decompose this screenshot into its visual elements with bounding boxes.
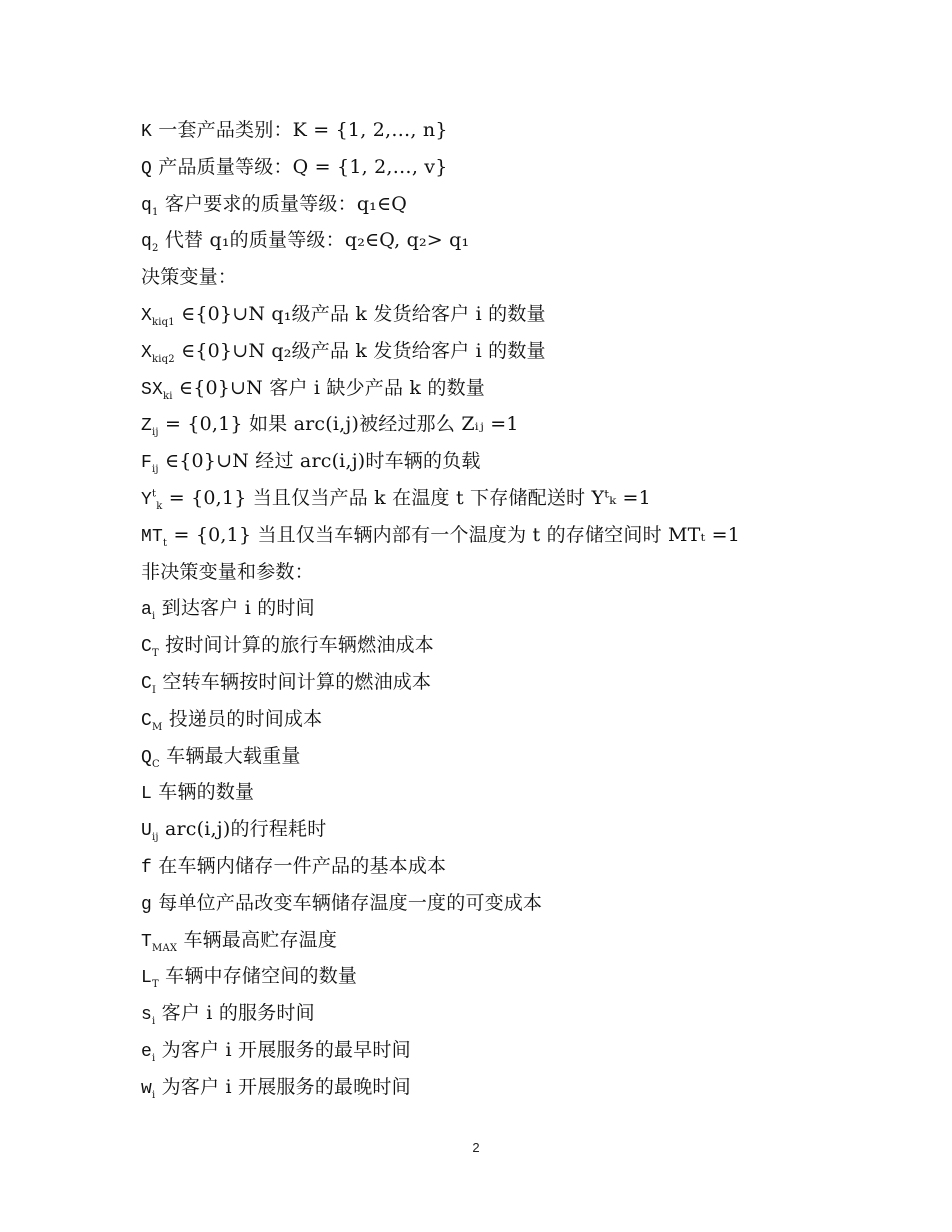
- symbol: Z: [141, 416, 152, 436]
- symbol: F: [141, 453, 152, 473]
- definition-text: 投递员的时间成本: [162, 708, 322, 730]
- definition-text: 产品质量等级：Q = {1, 2,…, v}: [152, 156, 448, 178]
- definition-text: 到达客户 i 的时间: [155, 597, 314, 619]
- definition-text: ∈{0}∪N q₁级产品 k 发货给客户 i 的数量: [175, 303, 546, 325]
- symbol-subscript: C: [152, 758, 160, 769]
- definition-text: ∈{0}∪N 经过 arc(i,j)时车辆的负载: [159, 450, 481, 472]
- definition-text: 客户 i 的服务时间: [155, 1002, 314, 1024]
- definition-line: Uij arc(i,j)的行程耗时: [141, 811, 740, 848]
- symbol: X: [141, 343, 152, 363]
- symbol: C: [141, 711, 152, 731]
- definition-line: CM 投递员的时间成本: [141, 701, 740, 738]
- symbol-subscript: M: [152, 722, 162, 733]
- symbol: C: [141, 674, 152, 694]
- symbol: T: [141, 932, 152, 952]
- symbol: U: [141, 821, 152, 841]
- page-number: 2: [0, 1140, 952, 1155]
- definition-line: q2 代替 q₁的质量等级：q₂∈Q, q₂> q₁: [141, 222, 740, 259]
- definition-text: ∈{0}∪N 客户 i 缺少产品 k 的数量: [173, 377, 485, 399]
- definition-line: L 车辆的数量: [141, 774, 740, 811]
- definition-text: 空转车辆按时间计算的燃油成本: [156, 671, 431, 693]
- symbol-subscript: kiq2: [152, 354, 175, 365]
- definition-line: Xkiq2 ∈{0}∪N q₂级产品 k 发货给客户 i 的数量: [141, 333, 740, 370]
- definition-line: QC 车辆最大载重量: [141, 738, 740, 775]
- definition-line: q1 客户要求的质量等级：q₁∈Q: [141, 186, 740, 223]
- definitions-list: K 一套产品类别：K = {1, 2,…, n}Q 产品质量等级：Q = {1,…: [141, 112, 740, 1106]
- definition-line: K 一套产品类别：K = {1, 2,…, n}: [141, 112, 740, 149]
- definition-line: Zij = {0,1} 如果 arc(i,j)被经过那么 Zᵢⱼ =1: [141, 406, 740, 443]
- definition-text: arc(i,j)的行程耗时: [159, 818, 327, 840]
- document-page: K 一套产品类别：K = {1, 2,…, n}Q 产品质量等级：Q = {1,…: [0, 0, 952, 1232]
- symbol-subscript: T: [152, 648, 159, 659]
- definition-line: ai 到达客户 i 的时间: [141, 590, 740, 627]
- definition-text: = {0,1} 当且仅当车辆内部有一个温度为 t 的存储空间时 MTₜ =1: [167, 524, 740, 546]
- symbol: SX: [141, 380, 163, 400]
- definition-text: 在车辆内储存一件产品的基本成本: [152, 855, 446, 877]
- symbol: g: [141, 895, 152, 915]
- definition-text: 车辆最高贮存温度: [177, 929, 337, 951]
- definition-line: CI 空转车辆按时间计算的燃油成本: [141, 664, 740, 701]
- symbol-subscript: T: [152, 979, 159, 990]
- definition-text: 代替 q₁的质量等级：q₂∈Q, q₂> q₁: [159, 229, 470, 251]
- symbol: a: [141, 600, 152, 620]
- definition-line: Q 产品质量等级：Q = {1, 2,…, v}: [141, 149, 740, 186]
- symbol: MT: [141, 527, 163, 547]
- definition-text: 非决策变量和参数：: [141, 561, 314, 583]
- symbol: Y: [141, 490, 152, 510]
- symbol: q: [141, 232, 152, 252]
- definition-line: Xkiq1 ∈{0}∪N q₁级产品 k 发货给客户 i 的数量: [141, 296, 740, 333]
- definition-text: 为客户 i 开展服务的最晚时间: [155, 1076, 410, 1098]
- symbol-subscript: ij: [152, 427, 159, 438]
- definition-text: 决策变量：: [141, 266, 237, 288]
- symbol-superscript: t: [152, 489, 156, 500]
- symbol: f: [141, 858, 152, 878]
- definition-text: 一套产品类别：K = {1, 2,…, n}: [152, 119, 448, 141]
- symbol: K: [141, 122, 152, 142]
- symbol: Q: [141, 159, 152, 179]
- symbol: s: [141, 1005, 152, 1025]
- definition-line: SXki ∈{0}∪N 客户 i 缺少产品 k 的数量: [141, 370, 740, 407]
- definition-text: = {0,1} 当且仅当产品 k 在温度 t 下存储配送时 Yᵗₖ =1: [163, 487, 651, 509]
- definition-line: TMAX 车辆最高贮存温度: [141, 922, 740, 959]
- definition-line: CT 按时间计算的旅行车辆燃油成本: [141, 627, 740, 664]
- section-heading: 决策变量：: [141, 259, 740, 296]
- definition-text: 为客户 i 开展服务的最早时间: [155, 1039, 410, 1061]
- definition-line: LT 车辆中存储空间的数量: [141, 958, 740, 995]
- definition-line: si 客户 i 的服务时间: [141, 995, 740, 1032]
- symbol-subscript: kiq1: [152, 317, 175, 328]
- symbol-subscript: ki: [163, 390, 173, 401]
- definition-text: 车辆中存储空间的数量: [159, 965, 357, 987]
- symbol: L: [141, 784, 152, 804]
- definition-line: ei 为客户 i 开展服务的最早时间: [141, 1032, 740, 1069]
- definition-text: 客户要求的质量等级：q₁∈Q: [159, 193, 407, 215]
- symbol: C: [141, 637, 152, 657]
- definition-text: ∈{0}∪N q₂级产品 k 发货给客户 i 的数量: [175, 340, 546, 362]
- symbol: e: [141, 1042, 152, 1062]
- definition-line: MTt = {0,1} 当且仅当车辆内部有一个温度为 t 的存储空间时 MTₜ …: [141, 517, 740, 554]
- symbol-subscript: MAX: [152, 942, 177, 953]
- symbol: L: [141, 968, 152, 988]
- definition-line: f 在车辆内储存一件产品的基本成本: [141, 848, 740, 885]
- definition-text: = {0,1} 如果 arc(i,j)被经过那么 Zᵢⱼ =1: [159, 413, 519, 435]
- definition-text: 每单位产品改变车辆储存温度一度的可变成本: [152, 892, 542, 914]
- symbol-subscript: ij: [152, 464, 159, 475]
- symbol-subscript: ij: [152, 832, 159, 843]
- definition-line: Ytk = {0,1} 当且仅当产品 k 在温度 t 下存储配送时 Yᵗₖ =1: [141, 480, 740, 517]
- symbol: q: [141, 196, 152, 216]
- definition-text: 按时间计算的旅行车辆燃油成本: [159, 634, 434, 656]
- symbol: Q: [141, 748, 152, 768]
- definition-line: g 每单位产品改变车辆储存温度一度的可变成本: [141, 885, 740, 922]
- symbol: X: [141, 306, 152, 326]
- definition-text: 车辆的数量: [152, 781, 254, 803]
- symbol: w: [141, 1079, 152, 1099]
- definition-line: Fij ∈{0}∪N 经过 arc(i,j)时车辆的负载: [141, 443, 740, 480]
- section-heading: 非决策变量和参数：: [141, 554, 740, 591]
- definition-text: 车辆最大载重量: [160, 745, 301, 767]
- definition-line: wi 为客户 i 开展服务的最晚时间: [141, 1069, 740, 1106]
